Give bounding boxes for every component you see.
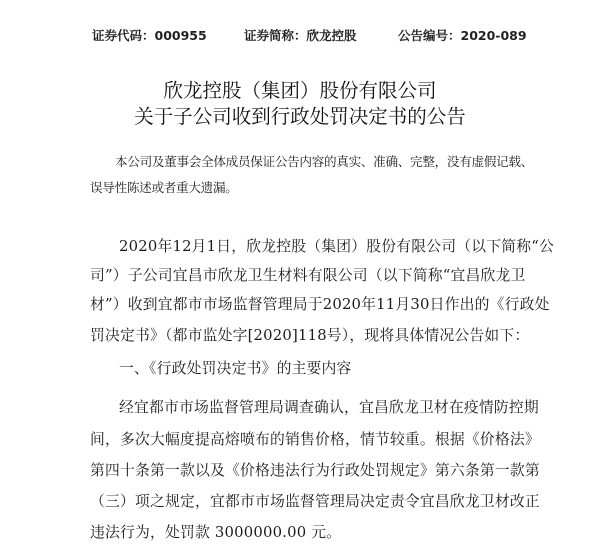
stock-name: 证券简称：欣龙控股 [244,26,357,44]
section-heading: 一、《行政处罚决定书》的主要内容 [119,357,352,378]
document-header: 证券代码：000955 证券简称：欣龙控股 公告编号：2020-089 [92,26,516,44]
stock-code: 证券代码：000955 [92,26,207,44]
body-line: 材”）收到宜都市市场监督管理局于2020年11月30日作出的《行政处 [90,293,550,314]
statement-line: 误导性陈述或者重大遗漏。 [90,177,238,196]
body-line: 违法行为，处罚款 3000000.00 元。 [90,521,341,542]
body-line: 罚决定书》（都市监处字[2020]118号），现将具体情况公告如下： [90,324,529,345]
statement-line: 本公司及董事会全体成员保证公告内容的真实、准确、完整，没有虚假记载、 [115,151,533,170]
body-line: 司”）子公司宜昌市欣龙卫生材料有限公司（以下简称“宜昌欣龙卫 [90,264,525,285]
body-line: 第四十条第一款以及《价格违法行为行政处罚规定》第六条第一款第 [90,459,540,480]
body-line: （三）项之规定，宜都市市场监督管理局决定责令宜昌欣龙卫材改正 [90,490,540,511]
body-line: 2020年12月1日，欣龙控股（集团）股份有限公司（以下简称“公 [119,235,554,256]
company-title: 欣龙控股（集团）股份有限公司 [0,75,600,103]
announcement-title: 关于子公司收到行政处罚决定书的公告 [0,101,600,129]
body-line: 经宜都市市场监督管理局调查确认，宜昌欣龙卫材在疫情防控期 [119,396,539,417]
announcement-number: 公告编号：2020-089 [398,26,527,44]
announcement-page: 证券代码：000955 证券简称：欣龙控股 公告编号：2020-089 欣龙控股… [0,0,600,548]
body-line: 间，多次大幅度提高熔喷布的销售价格，情节较重。根据《价格法》 [90,428,540,449]
